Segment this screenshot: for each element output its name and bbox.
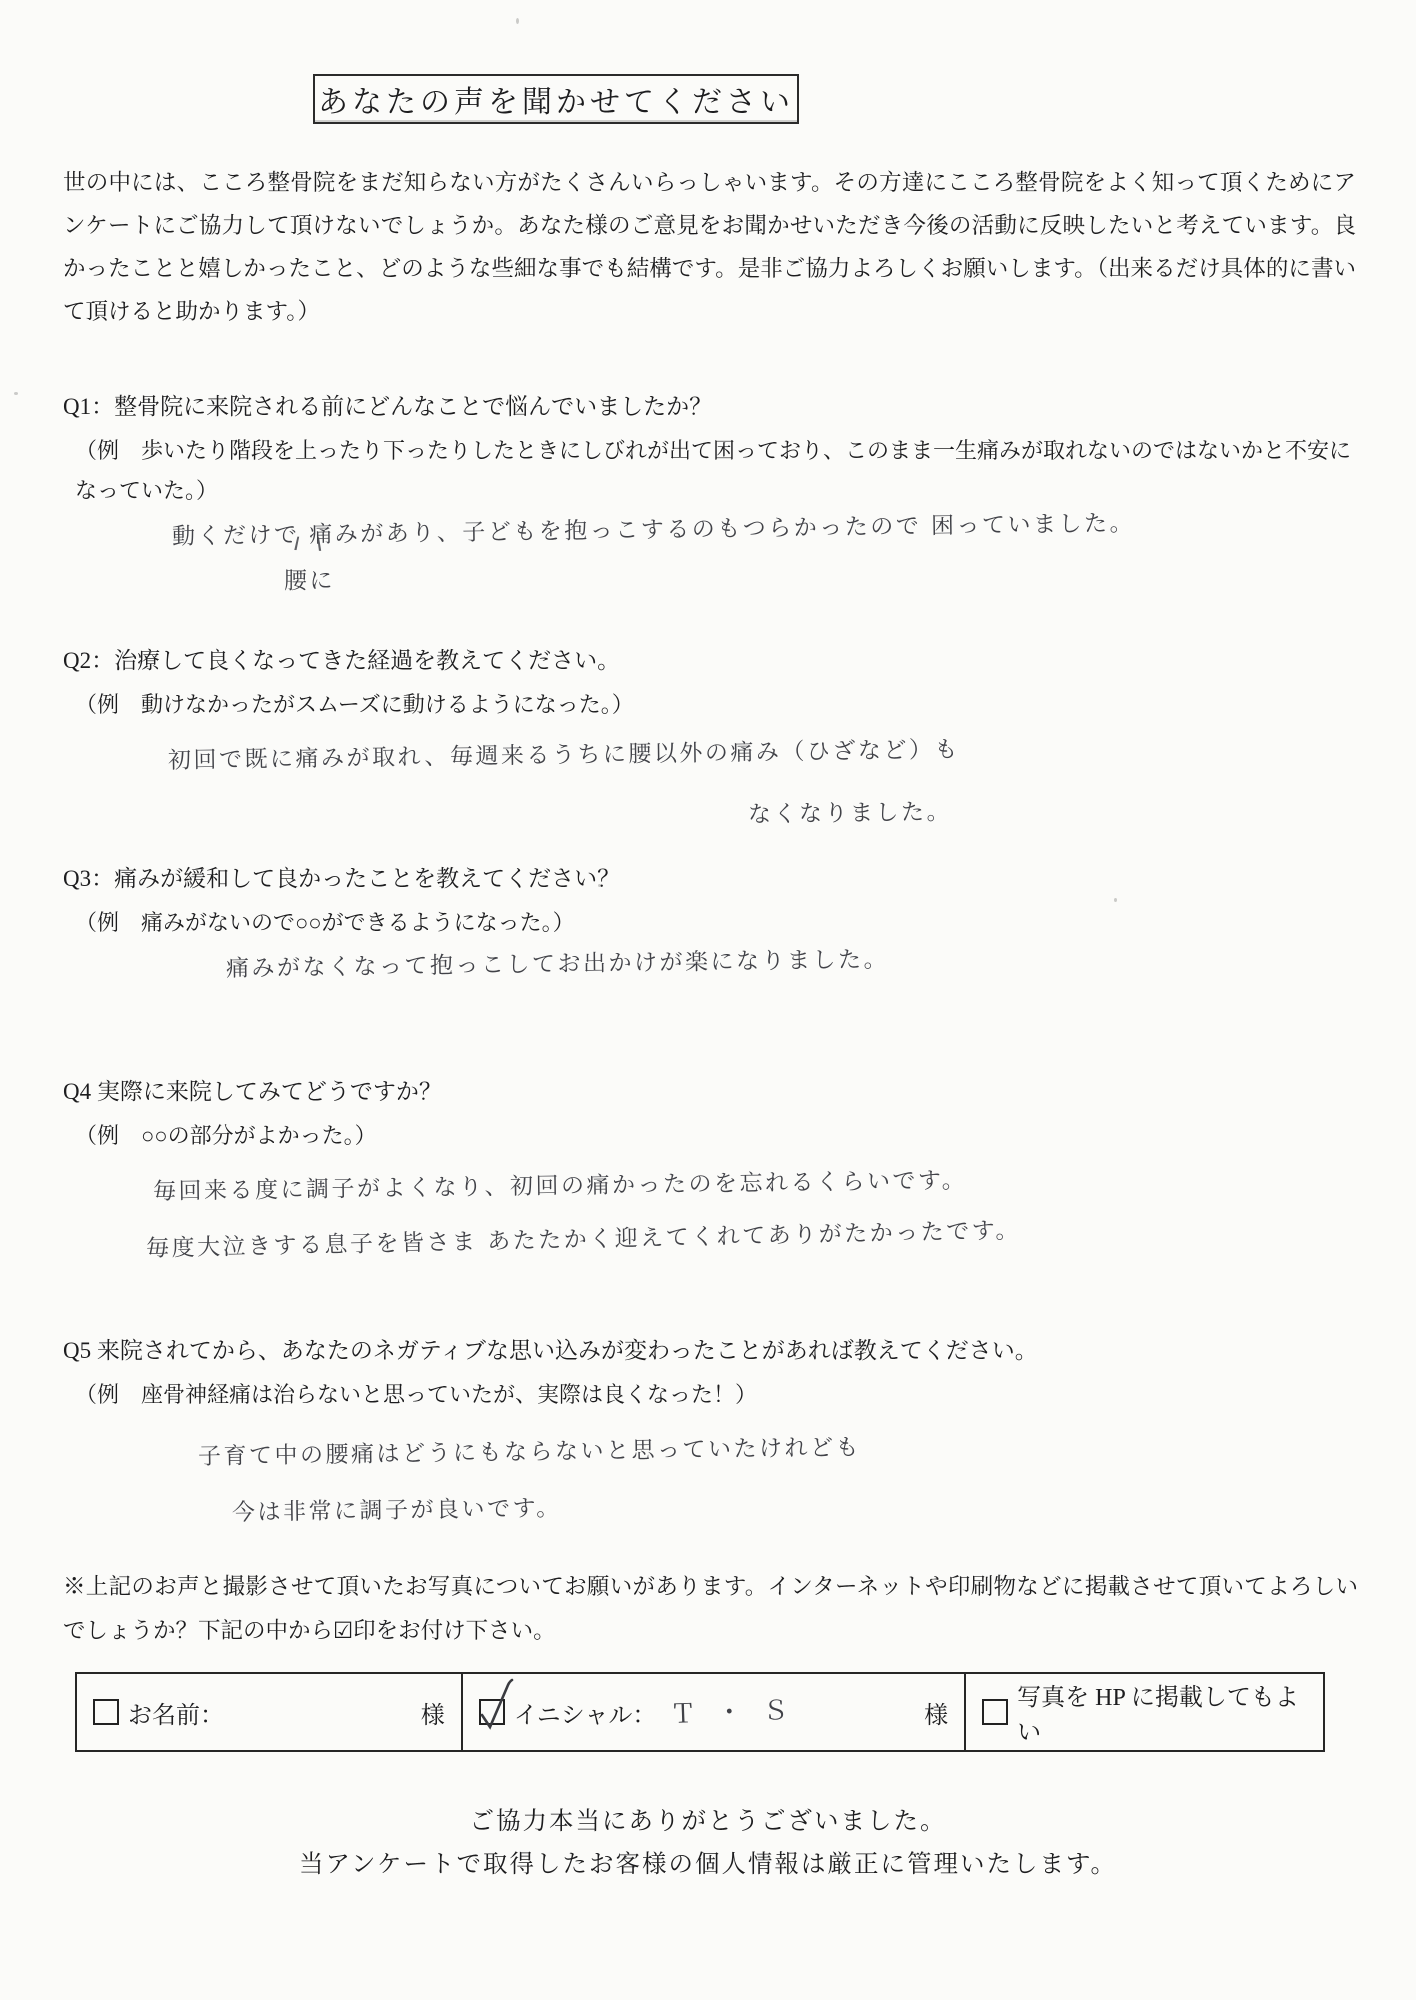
question-label: Q2：治療して良くなってきた経過を教えてください。 bbox=[63, 642, 1363, 675]
question-label: Q1：整骨院に来院される前にどんなことで悩んでいましたか？ bbox=[63, 388, 1363, 421]
question-block-q4: Q4 実際に来院してみてどうですか？ （例 ○○の部分がよかった。） bbox=[63, 1073, 1363, 1156]
question-example: （例 痛みがないので○○ができるようになった。） bbox=[75, 903, 1355, 943]
question-label: Q5 来院されてから、あなたのネガティブな思い込みが変わったことがあれば教えてく… bbox=[63, 1332, 1363, 1365]
question-label: Q4 実際に来院してみてどうですか？ bbox=[63, 1073, 1363, 1106]
handwritten-answer-q5-line2: 今は非常に調子が良いです。 bbox=[232, 1489, 562, 1527]
question-label: Q3：痛みが緩和して良かったことを教えてください？ bbox=[63, 860, 1363, 893]
question-block-q1: Q1：整骨院に来院される前にどんなことで悩んでいましたか？ （例 歩いたり階段を… bbox=[63, 388, 1363, 511]
question-example: （例 座骨神経痛は治らないと思っていたが、実際は良くなった！） bbox=[75, 1375, 1355, 1415]
scan-speckle bbox=[516, 18, 519, 24]
consent-cell-initial: イニシャル： Ｔ ・ Ｓ 様 bbox=[461, 1674, 964, 1750]
name-checkbox-icon bbox=[93, 1699, 119, 1725]
questionnaire-page: あなたの声を聞かせてください 世の中には、こころ整骨院をまだ知らない方がたくさん… bbox=[0, 0, 1416, 2000]
name-honorific-suffix: 様 bbox=[421, 1695, 445, 1730]
consent-name-label: お名前： bbox=[128, 1695, 224, 1730]
consent-cell-name: お名前： 様 bbox=[77, 1674, 461, 1750]
initial-checkbox-icon bbox=[479, 1699, 505, 1725]
insertion-caret bbox=[294, 537, 321, 551]
consent-initial-label: イニシャル： bbox=[514, 1695, 657, 1730]
question-block-q2: Q2：治療して良くなってきた経過を教えてください。 （例 動けなかったがスムーズ… bbox=[63, 642, 1363, 725]
checkmark-icon bbox=[476, 1679, 516, 1731]
handwritten-answer-q4: 毎回来る度に調子がよくなり、初回の痛かったのを忘れるくらいです。 bbox=[153, 1162, 968, 1206]
title-box: あなたの声を聞かせてください bbox=[313, 74, 799, 124]
scan-speckle bbox=[14, 392, 18, 395]
consent-table: お名前： 様 イニシャル： Ｔ ・ Ｓ 様 写真を HP に掲載してもよい bbox=[75, 1672, 1325, 1752]
handwritten-answer-q4-line2: 毎度大泣きする息子を皆さま あたたかく迎えてくれてありがたかったです。 bbox=[146, 1212, 1021, 1263]
photo-checkbox-icon bbox=[982, 1699, 1008, 1725]
initial-honorific-suffix: 様 bbox=[924, 1695, 948, 1730]
handwritten-answer-q3: 痛みがなくなって抱っこしてお出かけが楽になりました。 bbox=[226, 941, 889, 983]
footer-thanks: ご協力本当にありがとうございました。 bbox=[0, 1802, 1416, 1837]
question-block-q5: Q5 来院されてから、あなたのネガティブな思い込みが変わったことがあれば教えてく… bbox=[63, 1332, 1363, 1415]
question-example: （例 ○○の部分がよかった。） bbox=[75, 1116, 1355, 1156]
consent-photo-label: 写真を HP に掲載してもよい bbox=[1017, 1677, 1307, 1747]
scan-speckle bbox=[598, 884, 601, 887]
handwritten-answer-q2: 初回で既に痛みが取れ、毎週来るうちに腰以外の痛み（ひざなど）も bbox=[168, 731, 960, 775]
question-example: （例 歩いたり階段を上ったり下ったりしたときにしびれが出て困っており、このまま一… bbox=[75, 431, 1355, 511]
scan-speckle bbox=[1114, 898, 1117, 902]
question-block-q3: Q3：痛みが緩和して良かったことを教えてください？ （例 痛みがないので○○がで… bbox=[63, 860, 1363, 943]
question-example: （例 動けなかったがスムーズに動けるようになった。） bbox=[75, 685, 1355, 725]
intro-paragraph: 世の中には、こころ整骨院をまだ知らない方がたくさんいらっしゃいます。その方達にこ… bbox=[63, 161, 1356, 333]
handwritten-answer-q5: 子育て中の腰痛はどうにもならないと思っていたけれども bbox=[198, 1429, 861, 1471]
consent-cell-photo: 写真を HP に掲載してもよい bbox=[964, 1674, 1323, 1750]
handwritten-answer-q2-line2: なくなりました。 bbox=[748, 793, 952, 829]
publish-note: ※上記のお声と撮影させて頂いたお写真についてお願いがあります。インターネットや印… bbox=[63, 1565, 1358, 1653]
handwritten-initials: Ｔ ・ Ｓ bbox=[670, 1689, 796, 1730]
insertion-text-q1: 腰に bbox=[284, 562, 335, 595]
page-title: あなたの声を聞かせてください bbox=[318, 77, 794, 121]
footer-privacy: 当アンケートで取得したお客様の個人情報は厳正に管理いたします。 bbox=[0, 1845, 1416, 1880]
